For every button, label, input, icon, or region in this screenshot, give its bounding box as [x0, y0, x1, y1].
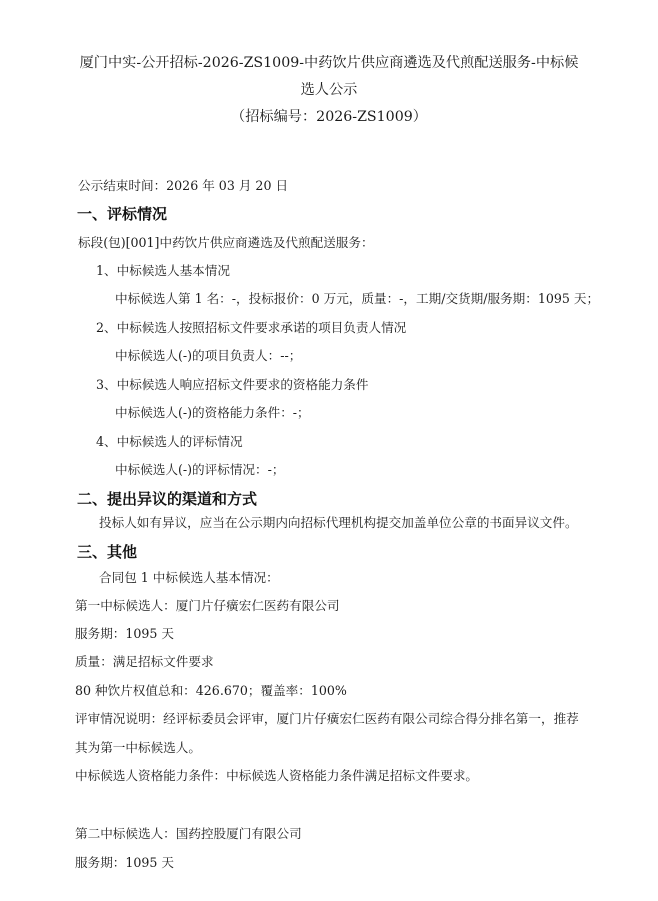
section2-heading: 二、提出异议的渠道和方式 — [77, 490, 257, 508]
item3-label: 3、中标候选人响应招标文件要求的资格能力条件 — [96, 377, 368, 393]
second-candidate-name: 第二中标候选人：国药控股厦门有限公司 — [75, 826, 302, 842]
first-candidate-quality: 质量：满足招标文件要求 — [75, 654, 214, 670]
section3-heading: 三、其他 — [77, 543, 137, 561]
second-candidate-service-period: 服务期：1095 天 — [75, 855, 174, 871]
document-title-line1: 厦门中实-公开招标-2026-ZS1009-中药饮片供应商遴选及代煎配送服务-中… — [0, 54, 658, 72]
lot-description: 标段(包)[001]中药饮片供应商遴选及代煎配送服务： — [78, 235, 374, 251]
item1-detail: 中标候选人第 1 名：-，投标报价：0 万元，质量：-，工期/交货期/服务期：1… — [115, 291, 599, 307]
first-candidate-review-line2: 其为第一中标候选人。 — [75, 740, 201, 756]
objection-body: 投标人如有异议，应当在公示期内向招标代理机构提交加盖单位公章的书面异议文件。 — [99, 515, 578, 531]
item2-label: 2、中标候选人按照招标文件要求承诺的项目负责人情况 — [96, 320, 406, 336]
tender-number: （招标编号：2026-ZS1009） — [0, 108, 658, 126]
item2-detail: 中标候选人(-)的项目负责人：--； — [115, 348, 301, 364]
first-candidate-qualification: 中标候选人资格能力条件：中标候选人资格能力条件满足招标文件要求。 — [75, 768, 478, 784]
item1-label: 1、中标候选人基本情况 — [96, 263, 230, 279]
first-candidate-service-period: 服务期：1095 天 — [75, 626, 174, 642]
document-page: 厦门中实-公开招标-2026-ZS1009-中药饮片供应商遴选及代煎配送服务-中… — [0, 0, 658, 901]
item4-label: 4、中标候选人的评标情况 — [96, 434, 243, 450]
first-candidate-name: 第一中标候选人：厦门片仔癀宏仁医药有限公司 — [75, 598, 339, 614]
notice-end-time: 公示结束时间：2026 年 03 月 20 日 — [78, 178, 288, 194]
item4-detail: 中标候选人(-)的评标情况：-； — [115, 462, 284, 478]
document-title-line2: 选人公示 — [0, 81, 658, 99]
first-candidate-weight-coverage: 80 种饮片权值总和：426.670；覆盖率：100% — [75, 683, 347, 699]
contract-intro: 合同包 1 中标候选人基本情况： — [99, 570, 279, 586]
item3-detail: 中标候选人(-)的资格能力条件：-； — [115, 405, 310, 421]
first-candidate-review-line1: 评审情况说明：经评标委员会评审，厦门片仔癀宏仁医药有限公司综合得分排名第一，推荐 — [75, 711, 579, 727]
section1-heading: 一、评标情况 — [77, 205, 167, 223]
